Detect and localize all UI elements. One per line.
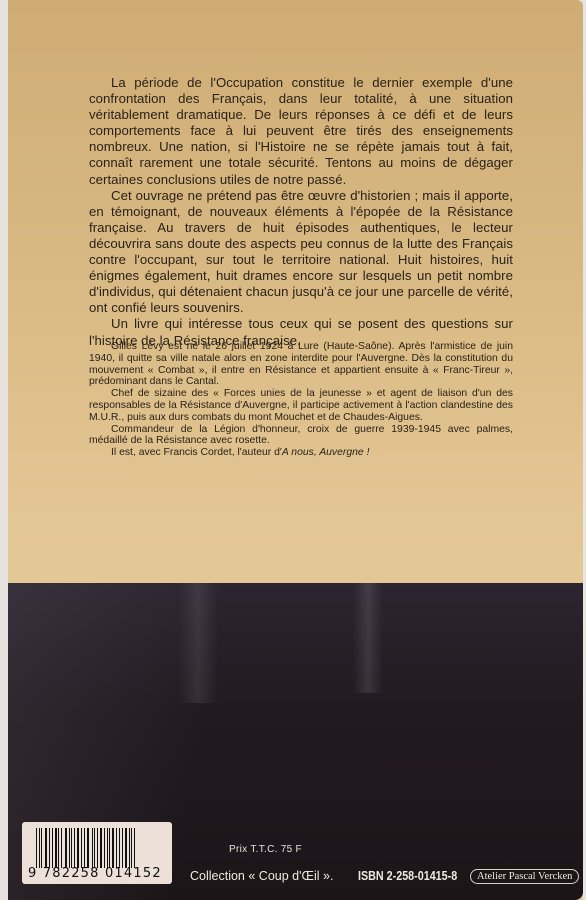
- blurb-paragraph: La période de l'Occupation constitue le …: [89, 75, 513, 188]
- barcode-digits: 9 782258 014152: [28, 866, 168, 881]
- bio-paragraph: Gilles Lévy est né le 26 juillet 1924 à …: [89, 341, 513, 388]
- collection-text: Collection « Coup d'Œil ».: [190, 869, 333, 883]
- price-text: Prix T.T.C. 75 F: [229, 844, 302, 855]
- book-title-reference: A nous, Auvergne !: [282, 447, 370, 458]
- isbn-text: ISBN 2-258-01415-8: [358, 869, 457, 883]
- bio-paragraph: Commandeur de la Légion d'honneur, croix…: [89, 424, 513, 448]
- author-bio: Gilles Lévy est né le 26 juillet 1924 à …: [89, 341, 513, 459]
- bio-paragraph-last: Il est, avec Francis Cordet, l'auteur d'…: [89, 447, 513, 459]
- bio-last-text: Il est, avec Francis Cordet, l'auteur d': [111, 447, 282, 458]
- bio-paragraph: Chef de sizaine des « Forces unies de la…: [89, 388, 513, 423]
- background-edge: [0, 0, 8, 900]
- design-credit: Atelier Pascal Vercken: [470, 869, 579, 884]
- barcode-icon: [36, 828, 160, 868]
- glare-reflection: [353, 583, 383, 693]
- blurb-text: La période de l'Occupation constitue le …: [89, 75, 513, 349]
- blurb-paragraph: Cet ouvrage ne prétend pas être œuvre d'…: [89, 188, 513, 317]
- barcode-label: 9 782258 014152: [22, 822, 172, 884]
- glare-reflection: [178, 583, 218, 703]
